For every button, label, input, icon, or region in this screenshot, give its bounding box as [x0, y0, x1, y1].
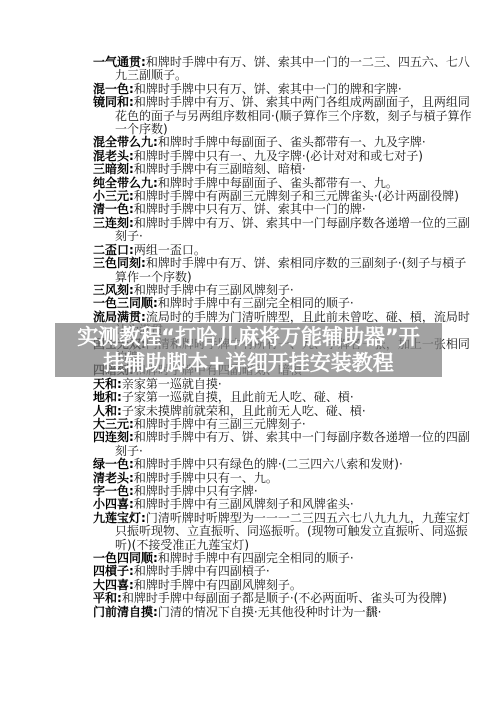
rule-term: 混一色: [93, 82, 134, 96]
rule-entry: 四连刻:和牌时手牌中有万、饼、索其中一门每副序数各递增一位的四副刻子· [93, 431, 473, 458]
rule-term: 镜同和: [93, 95, 134, 109]
rule-term: 清一色: [93, 202, 134, 216]
rule-term: 三连刻: [93, 216, 134, 230]
rule-entry: 三暗刻:和牌时手牌中有三副暗刻、暗槓· [93, 163, 473, 176]
rule-desc: 子家未摸牌前就荣和，且此前无人吃、碰、槓· [122, 404, 366, 418]
rule-desc: 和牌时手牌中每副面子、雀头都带有一、九及字牌· [158, 135, 426, 149]
rule-entry: 平和:和牌时手牌中每副面子都是顺子·(不必两面听、雀头可为役牌) [93, 592, 473, 605]
rule-entry: 九莲宝灯:门清听牌时听牌型为一一一二三四五六七八九九九，九莲宝灯只振听现物、立直… [93, 512, 473, 552]
rule-term: 三色同刻: [93, 256, 146, 270]
rule-term: 清老头: [93, 471, 134, 485]
rule-term: 绿一色: [93, 457, 134, 471]
rule-term: 大三元: [93, 417, 134, 431]
rule-desc: 和牌时手牌中只有字牌· [134, 484, 258, 498]
rule-term: 四槓子: [93, 564, 134, 578]
rule-entry: 地和:子家第一巡就自摸，且此前无人吃、碰、槓· [93, 391, 473, 404]
rule-entry: 门前清自摸:门清的情况下自摸·无其他役种时计为一飜· [93, 606, 473, 619]
rule-entry: 混全带么九:和牌时手牌中每副面子、雀头都带有一、九及字牌· [93, 136, 473, 149]
rule-term: 混老头: [93, 149, 134, 163]
rule-desc: 和牌时手牌中每副面子都是顺子·(不必两面听、雀头可为役牌) [122, 591, 447, 605]
rule-term: 大四喜: [93, 578, 134, 592]
rule-entry: 人和:子家未摸牌前就荣和，且此前无人吃、碰、槓· [93, 405, 473, 418]
rule-desc: 门清的情况下自摸·无其他役种时计为一飜· [158, 605, 382, 619]
rule-entry: 三连刻:和牌时手牌中有万、饼、索其中一门每副序数各递增一位的三副刻子· [93, 217, 473, 244]
rule-term: 四连刻: [93, 430, 134, 444]
rule-desc: 和牌时手牌中有三副风牌刻子和风牌雀头· [134, 497, 354, 511]
rule-desc: 子家第一巡就自摸，且此前无人吃、碰、槓· [122, 390, 354, 404]
rule-desc: 和牌时手牌中只有一、九。 [134, 471, 278, 485]
rule-entry: 绿一色:和牌时手牌中只有绿色的牌·(二三四六八索和发财)· [93, 458, 473, 471]
rule-term: 小四喜: [93, 497, 134, 511]
watermark-text-line1: 实测教程“打哈儿麻将万能辅助器”开 [77, 324, 420, 350]
rule-term: 地和: [93, 390, 122, 404]
rule-desc: 和牌时手牌中有万、饼、索其中一门的一二三、四五六、七八九三副顺子。 [115, 55, 470, 82]
rule-desc: 门清听牌时听牌型为一一一二三四五六七八九九九，九莲宝灯只振听现物、立直振听、同巡… [115, 511, 470, 552]
rule-desc: 两组一盃口。 [134, 243, 206, 257]
rule-entry: 清老头:和牌时手牌中只有一、九。 [93, 472, 473, 485]
rule-desc: 和牌时手牌中有三副完全相同的顺子· [158, 296, 354, 310]
rule-desc: 和牌时手牌中有万、饼、索其中一门每副序数各递增一位的三副刻子· [115, 216, 470, 243]
document-page: 一气通贯:和牌时手牌中有万、饼、索其中一门的一二三、四五六、七八九三副顺子。混一… [0, 0, 500, 707]
rule-desc: 和牌时手牌中只有一、九及字牌·(必计对对和或七对子) [134, 149, 423, 163]
rule-term: 二盃口: [93, 243, 134, 257]
rule-desc: 和牌时手牌中有万、饼、索其中两门各组成两副面子，且两组同花色的面子与另两组序数相… [115, 95, 472, 136]
rule-desc: 和牌时手牌中每副面子、雀头都带有一、九。 [158, 176, 398, 190]
rule-term: 九莲宝灯: [93, 511, 146, 525]
rule-term: 字一色: [93, 484, 134, 498]
rule-desc: 和牌时手牌中有两副三元牌刻子和三元牌雀头·(必计两副役牌) [134, 189, 459, 203]
rule-desc: 和牌时手牌中只有万、饼、索其中一门的牌和字牌· [134, 82, 402, 96]
rule-entry: 清一色:和牌时手牌中只有万、饼、索其中一门的牌· [93, 203, 473, 216]
rule-term: 三暗刻: [93, 162, 134, 176]
rule-entry: 镜同和:和牌时手牌中有万、饼、索其中两门各组成两副面子，且两组同花色的面子与另两… [93, 96, 473, 136]
rule-term: 小三元: [93, 189, 134, 203]
rule-entry: 三色同刻:和牌时手牌中有万、饼、索相同序数的三副刻子·(刻子与槓子算作一个序数) [93, 257, 473, 284]
rule-term: 流局满贯: [93, 310, 146, 324]
rule-term: 一色四同顺: [93, 551, 158, 565]
rule-desc: 和牌时手牌中只有万、饼、索其中一门的牌· [134, 202, 366, 216]
rule-term: 天和: [93, 377, 122, 391]
watermark-overlay: 实测教程“打哈儿麻将万能辅助器”开 挂辅助脚本+详细开挂安装教程 [55, 323, 442, 377]
rule-desc: 和牌时手牌中有万、饼、索相同序数的三副刻子·(刻子与槓子算作一个序数) [115, 256, 466, 283]
watermark-text-line2: 挂辅助脚本+详细开挂安装教程 [103, 350, 394, 376]
rule-term: 三风刻: [93, 283, 134, 297]
rule-term: 人和: [93, 404, 122, 418]
rule-term: 纯全带么九: [93, 176, 158, 190]
rule-desc: 和牌时手牌中有三副暗刻、暗槓· [134, 162, 306, 176]
rule-desc: 和牌时手牌中有三副三元牌刻子· [134, 417, 306, 431]
rule-term: 门前清自摸: [93, 605, 158, 619]
rule-desc: 和牌时手牌中有四副完全相同的顺子· [158, 551, 354, 565]
rule-term: 一气通贯: [93, 55, 146, 69]
rule-entry: 四槓子:和牌时手牌中有四副槓子· [93, 565, 473, 578]
rule-entry: 一色三同顺:和牌时手牌中有三副完全相同的顺子· [93, 297, 473, 310]
rule-entry: 小四喜:和牌时手牌中有三副风牌刻子和风牌雀头· [93, 498, 473, 511]
rule-term: 一色三同顺: [93, 296, 158, 310]
rule-desc: 和牌时手牌中有四副风牌刻子。 [134, 578, 302, 592]
rule-term: 平和: [93, 591, 122, 605]
rule-desc: 和牌时手牌中有万、饼、索其中一门每副序数各递增一位的四副刻子· [115, 430, 470, 457]
rule-term: 混全带么九: [93, 135, 158, 149]
rule-desc: 和牌时手牌中只有绿色的牌·(二三四六八索和发财)· [134, 457, 403, 471]
rule-desc: 和牌时手牌中有四副槓子· [134, 564, 270, 578]
rule-desc: 亲家第一巡就自摸· [122, 377, 222, 391]
rule-entry: 一气通贯:和牌时手牌中有万、饼、索其中一门的一二三、四五六、七八九三副顺子。 [93, 56, 473, 83]
rule-desc: 和牌时手牌中有三副风牌刻子· [134, 283, 294, 297]
